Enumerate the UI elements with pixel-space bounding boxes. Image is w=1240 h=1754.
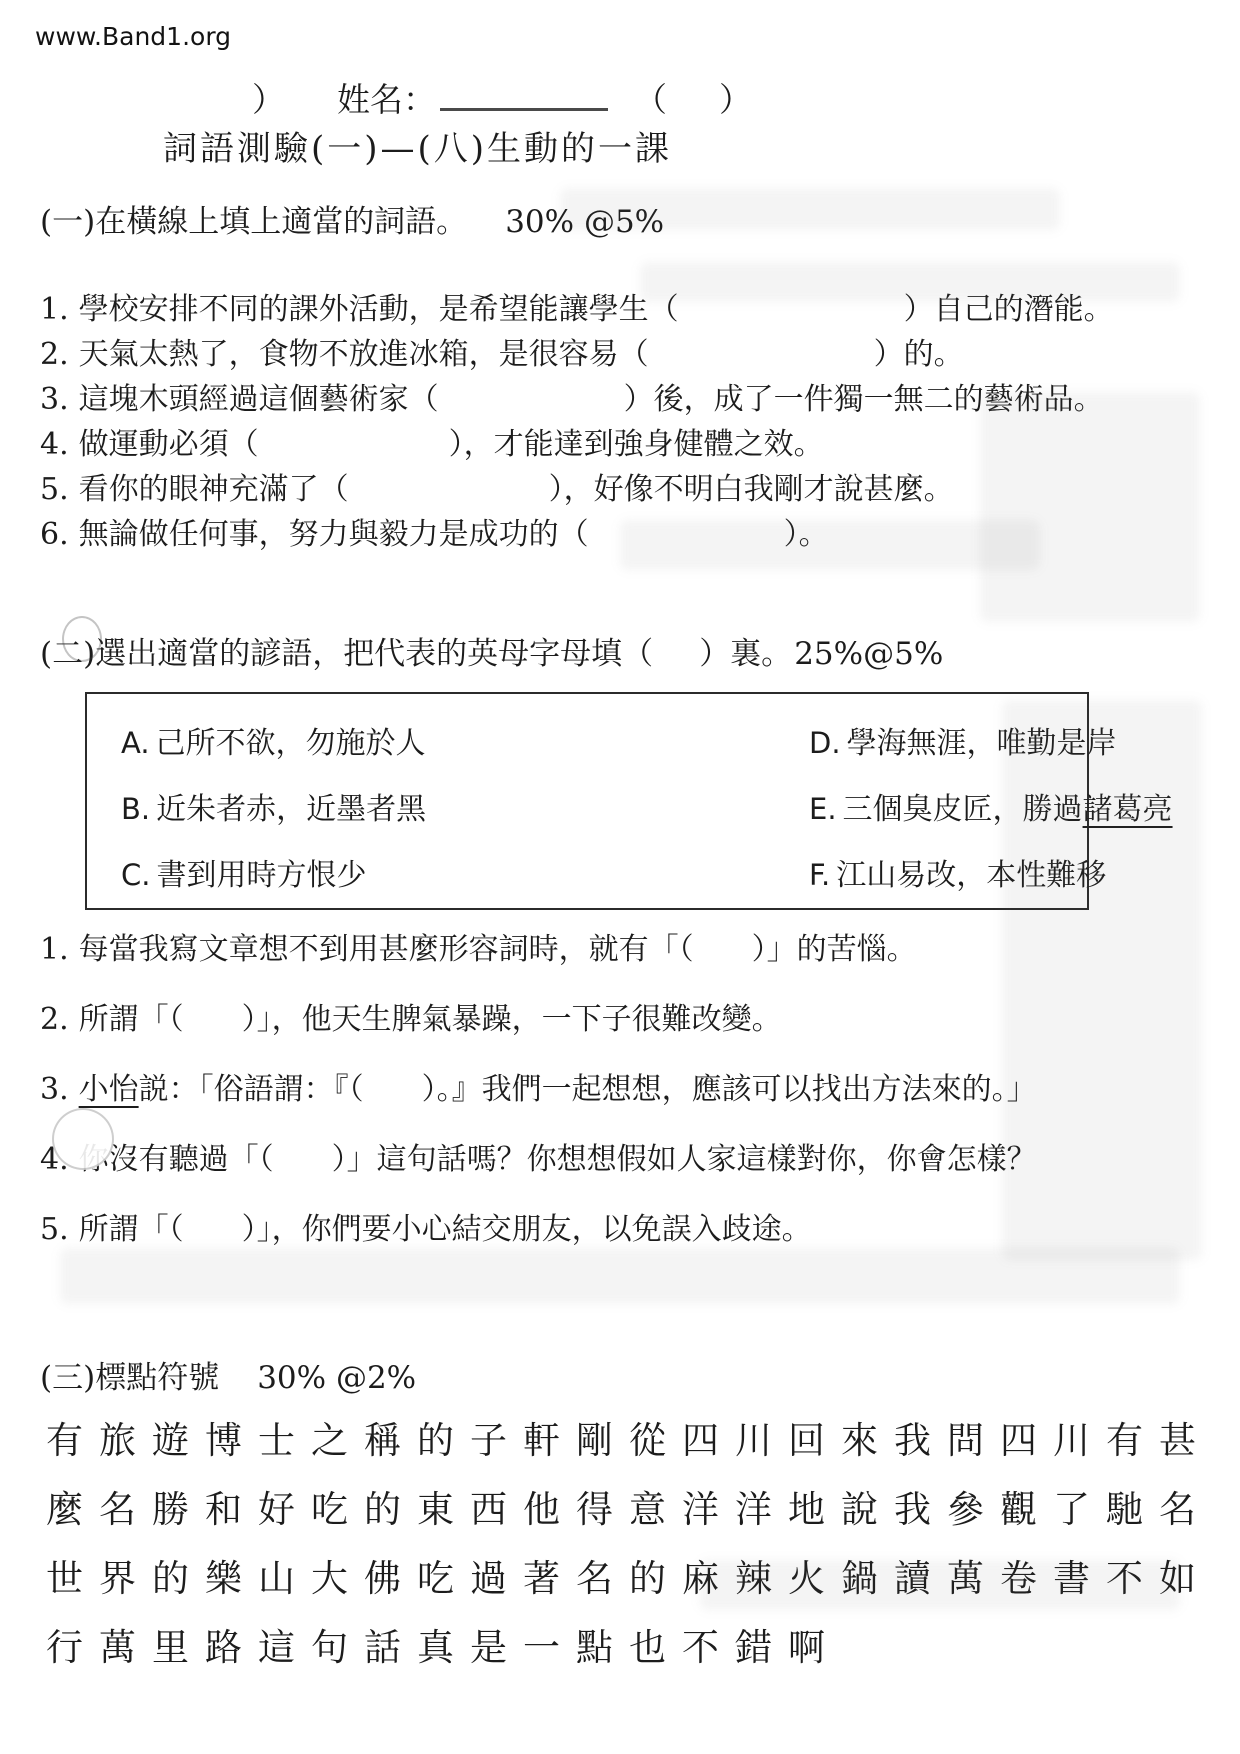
item-number: 3. — [40, 1072, 69, 1107]
passage-char: 啊 — [780, 1613, 833, 1682]
passage-char: 意 — [621, 1475, 674, 1544]
item-number: 2. — [40, 337, 69, 372]
section1-score: 30% @5% — [505, 204, 664, 240]
option-text: 己所不欲，勿施於人 — [156, 726, 426, 761]
proverb-option: E.三個臭皮匠，勝過諸葛亮 — [809, 776, 1173, 842]
item-text-pre: 所謂「（ — [79, 1212, 184, 1247]
proverb-option: A.己所不欲，勿施於人 — [121, 710, 426, 776]
passage-char: 名 — [91, 1475, 144, 1544]
passage-char: 我 — [886, 1406, 939, 1475]
passage-char: 之 — [303, 1406, 356, 1475]
option-letter: B. — [121, 792, 150, 826]
passage-line: 行萬里路這句話真是一點也不錯啊 — [38, 1613, 1204, 1682]
item-number: 4. — [40, 1142, 69, 1177]
item-number: 3. — [40, 382, 69, 417]
item-text-pre: 你沒有聽過「（ — [79, 1142, 274, 1177]
section2-score: 25%@5% — [794, 636, 943, 672]
passage-char: 西 — [462, 1475, 515, 1544]
section1-heading-text: (一)在橫線上填上適當的詞語。 — [40, 204, 467, 240]
passage-char: 名 — [1151, 1475, 1204, 1544]
passage-line: 麼名勝和好吃的東西他得意洋洋地說我參觀了馳名 — [38, 1475, 1204, 1544]
fill-blank-item: 3.這塊木頭經過這個藝術家（）後，成了一件獨一無二的藝術品。 — [40, 377, 1114, 422]
passage-char: 旅 — [91, 1406, 144, 1475]
option-text: 近朱者赤，近墨者黑 — [156, 792, 426, 827]
passage-char: 這 — [250, 1613, 303, 1682]
item-text-pre: 學校安排不同的課外活動，是希望能讓學生（ — [79, 292, 679, 327]
passage-char: 點 — [568, 1613, 621, 1682]
class-paren-close: ） — [719, 80, 752, 119]
name-blank-line — [440, 100, 608, 111]
passage-char: 不 — [674, 1613, 727, 1682]
proverb-question: 2.所謂「（）」，他天生脾氣暴躁，一下子很難改變。 — [40, 985, 1037, 1055]
passage-char: 麻 — [674, 1544, 727, 1613]
passage-char: 有 — [38, 1406, 91, 1475]
passage-char: 剛 — [568, 1406, 621, 1475]
item-text-pre: 説：「俗語謂：『（ — [139, 1072, 364, 1107]
passage-char: 的 — [409, 1406, 462, 1475]
passage-char: 著 — [515, 1544, 568, 1613]
option-letter: D. — [809, 726, 841, 760]
item-text-pre: 無論做任何事，努力與毅力是成功的（ — [79, 517, 589, 552]
passage-char: 回 — [780, 1406, 833, 1475]
proverb-options-column-left: A.己所不欲，勿施於人 B.近朱者赤，近墨者黑 C.書到用時方恨少 — [121, 710, 426, 908]
option-text: 學海無涯，唯勤是岸 — [847, 726, 1117, 761]
option-text: 江山易改，本性難移 — [836, 858, 1106, 893]
punctuation-passage: 有旅遊博士之稱的子軒剛從四川回來我問四川有甚 麼名勝和好吃的東西他得意洋洋地說我… — [38, 1406, 1204, 1682]
fill-blank-item: 6.無論做任何事，努力與毅力是成功的（）。 — [40, 512, 1114, 557]
passage-char: 有 — [1098, 1406, 1151, 1475]
passage-char: 問 — [939, 1406, 992, 1475]
passage-char: 錯 — [727, 1613, 780, 1682]
item-text-pre: 看你的眼神充滿了（ — [79, 472, 349, 507]
item-number: 5. — [40, 1212, 69, 1247]
passage-char: 山 — [250, 1544, 303, 1613]
passage-char: 他 — [515, 1475, 568, 1544]
name-line: ）姓名：（） — [252, 74, 752, 121]
proverb-options-box: A.己所不欲，勿施於人 B.近朱者赤，近墨者黑 C.書到用時方恨少 D.學海無涯… — [85, 692, 1089, 910]
passage-char: 軒 — [515, 1406, 568, 1475]
fill-blank-item: 5.看你的眼神充滿了（），好像不明白我剛才說甚麼。 — [40, 467, 1114, 512]
name-label: 姓名： — [337, 80, 436, 119]
item-number: 2. — [40, 1002, 69, 1037]
section2-heading-pre: (二)選出適當的諺語，把代表的英母字母填（ — [40, 636, 653, 672]
passage-char: 萬 — [939, 1544, 992, 1613]
passage-line: 有旅遊博士之稱的子軒剛從四川回來我問四川有甚 — [38, 1406, 1204, 1475]
passage-char: 和 — [197, 1475, 250, 1544]
proverb-question: 5.所謂「（）」，你們要小心結交朋友，以免誤入歧途。 — [40, 1195, 1037, 1265]
passage-char: 得 — [568, 1475, 621, 1544]
passage-char: 洋 — [674, 1475, 727, 1544]
passage-char: 川 — [1045, 1406, 1098, 1475]
item-number: 6. — [40, 517, 69, 552]
passage-char: 名 — [568, 1544, 621, 1613]
passage-char: 如 — [1151, 1544, 1204, 1613]
passage-char: 士 — [250, 1406, 303, 1475]
passage-char: 東 — [409, 1475, 462, 1544]
passage-char: 地 — [780, 1475, 833, 1544]
option-letter: C. — [121, 858, 150, 892]
item-text-pre: 做運動必須（ — [79, 427, 259, 462]
passage-char: 一 — [515, 1613, 568, 1682]
proverb-options-column-right: D.學海無涯，唯勤是岸 E.三個臭皮匠，勝過諸葛亮 F.江山易改，本性難移 — [809, 710, 1173, 908]
passage-char: 界 — [91, 1544, 144, 1613]
passage-char: 川 — [727, 1406, 780, 1475]
scanned-worksheet-page: www.Band1.org ）姓名：（） 詞語測驗(一)—(八)生動的一課 (一… — [0, 0, 1240, 1754]
passage-char: 過 — [462, 1544, 515, 1613]
passage-char: 四 — [992, 1406, 1045, 1475]
class-paren-open: （ — [634, 80, 667, 119]
passage-char: 鍋 — [833, 1544, 886, 1613]
passage-char: 的 — [621, 1544, 674, 1613]
proverb-option: F.江山易改，本性難移 — [809, 842, 1173, 908]
proverb-question: 4.你沒有聽過「（）」這句話嗎？你想想假如人家這樣對你，你會怎樣？ — [40, 1125, 1037, 1195]
option-letter: F. — [809, 858, 830, 892]
section1-heading: (一)在橫線上填上適當的詞語。30% @5% — [40, 196, 664, 241]
item-text-post: ）」，他天生脾氣暴躁，一下子很難改變。 — [242, 1002, 782, 1037]
section2-questions: 1.每當我寫文章想不到用甚麼形容詞時，就有「（）」的苦惱。 2.所謂「（）」，他… — [40, 915, 1037, 1265]
passage-char: 佛 — [356, 1544, 409, 1613]
stray-paren: ） — [252, 80, 285, 119]
item-text-post: ）的。 — [874, 337, 964, 372]
passage-char: 話 — [356, 1613, 409, 1682]
option-text: 三個臭皮匠，勝過 — [843, 792, 1083, 827]
passage-char: 參 — [939, 1475, 992, 1544]
passage-char: 真 — [409, 1613, 462, 1682]
page-title: 詞語測驗(一)—(八)生動的一課 — [163, 121, 672, 170]
passage-char: 了 — [1045, 1475, 1098, 1544]
passage-char: 也 — [621, 1613, 674, 1682]
passage-char: 書 — [1045, 1544, 1098, 1613]
watermark: www.Band1.org — [35, 22, 231, 51]
passage-char: 句 — [303, 1613, 356, 1682]
proverb-option: D.學海無涯，唯勤是岸 — [809, 710, 1173, 776]
section3-heading: (三)標點符號30% @2% — [40, 1352, 416, 1397]
proverb-question: 1.每當我寫文章想不到用甚麼形容詞時，就有「（）」的苦惱。 — [40, 915, 1037, 985]
item-number: 1. — [40, 292, 69, 327]
passage-line: 世界的樂山大佛吃過著名的麻辣火鍋讀萬卷書不如 — [38, 1544, 1204, 1613]
item-text-post: ）」這句話嗎？你想想假如人家這樣對你，你會怎樣？ — [332, 1142, 1037, 1177]
proverb-question: 3.小怡説：「俗語謂：『（）。』我們一起想想，應該可以找出方法來的。」 — [40, 1055, 1037, 1125]
passage-char: 觀 — [992, 1475, 1045, 1544]
passage-char: 里 — [144, 1613, 197, 1682]
passage-char: 辣 — [727, 1544, 780, 1613]
item-text-pre: 所謂「（ — [79, 1002, 184, 1037]
section3-heading-text: (三)標點符號 — [40, 1360, 219, 1396]
passage-char: 麼 — [38, 1475, 91, 1544]
passage-char: 遊 — [144, 1406, 197, 1475]
passage-char: 說 — [833, 1475, 886, 1544]
passage-char: 世 — [38, 1544, 91, 1613]
passage-char: 我 — [886, 1475, 939, 1544]
passage-char: 洋 — [727, 1475, 780, 1544]
item-text-pre: 每當我寫文章想不到用甚麼形容詞時，就有「（ — [79, 932, 694, 967]
passage-char: 的 — [356, 1475, 409, 1544]
passage-char: 從 — [621, 1406, 674, 1475]
passage-char: 來 — [833, 1406, 886, 1475]
passage-char: 讀 — [886, 1544, 939, 1613]
option-letter: E. — [809, 792, 837, 826]
passage-char: 路 — [197, 1613, 250, 1682]
passage-char: 火 — [780, 1544, 833, 1613]
item-number: 1. — [40, 932, 69, 967]
section2-heading-post: ）裏。 — [699, 636, 792, 672]
passage-char: 的 — [144, 1544, 197, 1613]
proverb-option: C.書到用時方恨少 — [121, 842, 426, 908]
option-text-underlined: 諸葛亮 — [1083, 792, 1173, 827]
passage-char: 樂 — [197, 1544, 250, 1613]
item-text-post: ），好像不明白我剛才說甚麼。 — [549, 472, 954, 507]
section3-score: 30% @2% — [257, 1360, 416, 1396]
passage-char: 馳 — [1098, 1475, 1151, 1544]
item-text-post: ）」，你們要小心結交朋友，以免誤入歧途。 — [242, 1212, 812, 1247]
proverb-option: B.近朱者赤，近墨者黑 — [121, 776, 426, 842]
passage-char: 好 — [250, 1475, 303, 1544]
passage-char: 是 — [462, 1613, 515, 1682]
passage-char: 甚 — [1151, 1406, 1204, 1475]
passage-char: 不 — [1098, 1544, 1151, 1613]
item-number: 4. — [40, 427, 69, 462]
section2-heading: (二)選出適當的諺語，把代表的英母字母填（）裏。25%@5% — [40, 628, 943, 673]
fill-blank-item: 1.學校安排不同的課外活動，是希望能讓學生（）自己的潛能。 — [40, 287, 1114, 332]
item-text-pre: 這塊木頭經過這個藝術家（ — [79, 382, 439, 417]
passage-char: 卷 — [992, 1544, 1045, 1613]
passage-char: 萬 — [91, 1613, 144, 1682]
passage-char: 大 — [303, 1544, 356, 1613]
option-letter: A. — [121, 726, 150, 760]
item-text-post: ）」的苦惱。 — [752, 932, 917, 967]
fill-blank-item: 2.天氣太熱了，食物不放進冰箱，是很容易（）的。 — [40, 332, 1114, 377]
item-text-post: ）自己的潛能。 — [904, 292, 1114, 327]
passage-char: 吃 — [303, 1475, 356, 1544]
section1-items: 1.學校安排不同的課外活動，是希望能讓學生（）自己的潛能。 2.天氣太熱了，食物… — [40, 287, 1114, 557]
item-text-post: ）。』我們一起想想，應該可以找出方法來的。」 — [422, 1072, 1037, 1107]
passage-char: 稱 — [356, 1406, 409, 1475]
passage-char: 行 — [38, 1613, 91, 1682]
passage-char: 博 — [197, 1406, 250, 1475]
passage-char: 子 — [462, 1406, 515, 1475]
underlined-name: 小怡 — [79, 1072, 139, 1107]
passage-char: 勝 — [144, 1475, 197, 1544]
item-text-post: ），才能達到強身健體之效。 — [449, 427, 824, 462]
fill-blank-item: 4.做運動必須（），才能達到強身健體之效。 — [40, 422, 1114, 467]
passage-char: 吃 — [409, 1544, 462, 1613]
option-text: 書到用時方恨少 — [156, 858, 366, 893]
item-text-post: ）後，成了一件獨一無二的藝術品。 — [624, 382, 1104, 417]
passage-char: 四 — [674, 1406, 727, 1475]
item-text-post: ）。 — [784, 517, 829, 552]
item-number: 5. — [40, 472, 69, 507]
item-text-pre: 天氣太熱了，食物不放進冰箱，是很容易（ — [79, 337, 649, 372]
